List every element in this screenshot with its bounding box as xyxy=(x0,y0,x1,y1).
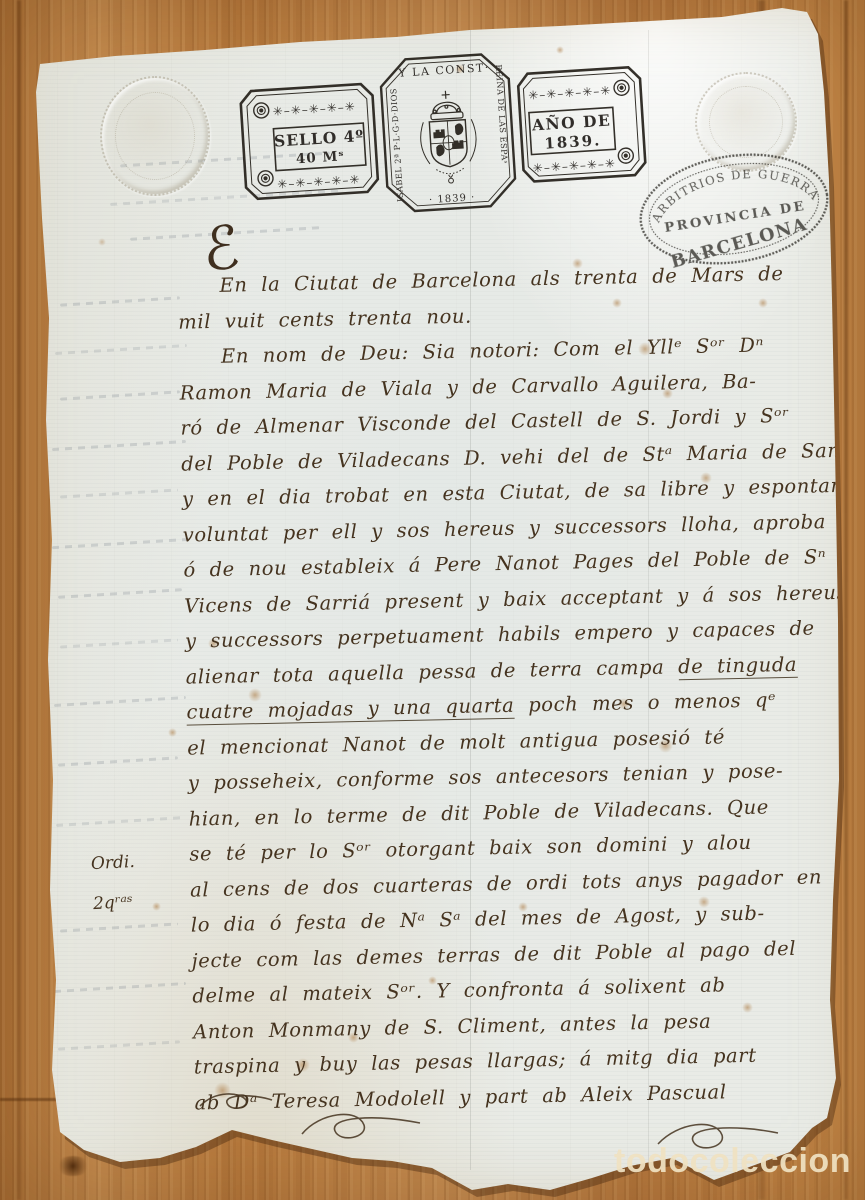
ornament-row: ✳–✳–✳–✳–✳ xyxy=(277,172,361,191)
legend-bottom: · 1839 · xyxy=(429,192,476,206)
margin-note-line: Ordi. xyxy=(90,842,136,884)
photo-of-document: ✳–✳–✳–✳–✳ ✳–✳–✳–✳–✳ SELLO 4º 40 Mˢ Y LA … xyxy=(0,0,865,1200)
wood-plank-groove xyxy=(17,0,21,1200)
showthrough-line xyxy=(60,390,180,400)
manuscript-text: cuatre mojadas y una quarta xyxy=(186,694,514,726)
margin-note: Ordi. 2qʳᵃˢ xyxy=(90,842,138,924)
manuscript-text: el mencionat Nanot de molt antigua poses… xyxy=(187,725,725,759)
showthrough-line xyxy=(58,1040,180,1050)
manuscript-text: y successors perpetuament habils empero … xyxy=(185,616,815,652)
manuscript-text: delme al mateix Sᵒʳ. Y confronta á solix… xyxy=(192,973,726,1007)
margin-note-line: 2qʳᵃˢ xyxy=(92,882,138,924)
manuscript-text: traspina y buy las pesas llargas; á mitg… xyxy=(194,1044,757,1079)
ornament-row: ✳–✳–✳–✳–✳ xyxy=(532,156,616,175)
ornament-row: ✳–✳–✳–✳–✳ xyxy=(272,99,356,118)
revenue-stamp-strip: ✳–✳–✳–✳–✳ ✳–✳–✳–✳–✳ SELLO 4º 40 Mˢ Y LA … xyxy=(233,37,655,228)
showthrough-line xyxy=(60,922,178,932)
showthrough-line xyxy=(58,756,178,766)
manuscript-text: Ramon Maria de Viala y de Carvallo Aguil… xyxy=(180,369,757,404)
foxing-spot xyxy=(98,238,106,246)
foxing-spot xyxy=(152,902,161,911)
manuscript-lines: En la Ciutat de Barcelona als trenta de … xyxy=(177,255,827,1120)
sello-4-stamp: ✳–✳–✳–✳–✳ ✳–✳–✳–✳–✳ SELLO 4º 40 Mˢ xyxy=(235,78,384,205)
manuscript-text: En nom de Deu: Sia notori: Com el Yllᵉ S… xyxy=(221,333,764,367)
wood-plank-groove xyxy=(844,0,848,1200)
manuscript-text: poch mes o menos qᵉ xyxy=(514,688,776,716)
shield-icon xyxy=(429,119,468,167)
todocoleccion-watermark: todocoleccion xyxy=(614,1142,851,1181)
manuscript-text: de tinguda xyxy=(678,652,798,679)
foxing-spot xyxy=(168,728,177,737)
manuscript-paper: ✳–✳–✳–✳–✳ ✳–✳–✳–✳–✳ SELLO 4º 40 Mˢ Y LA … xyxy=(0,0,865,1200)
showthrough-line xyxy=(54,696,186,707)
showthrough-line xyxy=(52,538,190,549)
showthrough-line xyxy=(56,816,184,827)
manuscript-text: jecte com las demes terras de dit Poble … xyxy=(191,936,796,972)
manuscript-text: alienar tota aquella pessa de terra camp… xyxy=(185,655,678,688)
showthrough-line xyxy=(54,982,186,993)
pen-flourish xyxy=(196,1086,276,1116)
showthrough-line xyxy=(60,488,178,498)
manuscript-text: mil vuit cents trenta nou. xyxy=(178,304,472,333)
golden-fleece-icon xyxy=(436,167,465,183)
showthrough-line xyxy=(60,296,180,306)
embossed-seal-left xyxy=(100,76,210,196)
manuscript-text: y posseheix, conforme sos antecesors ten… xyxy=(188,759,784,794)
corner-target-icon xyxy=(614,79,634,163)
manuscript-text: lo dia ó festa de Nᵃ Sᵃ del mes de Agost… xyxy=(191,902,765,937)
manuscript-text: Anton Monmany de S. Climent, antes la pe… xyxy=(193,1009,712,1043)
manuscript-text: hian, en lo terme de dit Poble de Vilade… xyxy=(188,795,769,830)
ornament-row: ✳–✳–✳–✳–✳ xyxy=(528,83,612,102)
legend-left: ISABEL 2ª P·L·G·D·DIOS xyxy=(388,87,405,201)
coat-of-arms-stamp: Y LA CONST· · 1839 · ISABEL 2ª P·L·G·D·D… xyxy=(375,48,521,216)
showthrough-line xyxy=(52,440,186,451)
manuscript-text: En la Ciutat de Barcelona als trenta de … xyxy=(219,262,783,297)
showthrough-line xyxy=(55,344,187,355)
crown-icon xyxy=(429,89,463,119)
showthrough-line xyxy=(60,638,178,648)
pen-flourish xyxy=(296,1106,426,1148)
manuscript-text: se té per lo Sᵒʳ otorgant baix son domin… xyxy=(189,831,752,866)
corner-target-icon xyxy=(253,102,273,186)
showthrough-line xyxy=(58,588,182,599)
sello-class-label: SELLO 4º xyxy=(273,126,364,151)
wood-knot xyxy=(56,1156,90,1176)
manuscript-text: ró de Almenar Visconde del Castell de S.… xyxy=(180,404,790,440)
sello-price-label: 40 Mˢ xyxy=(295,148,345,167)
anyo-year: 1839. xyxy=(544,131,602,153)
